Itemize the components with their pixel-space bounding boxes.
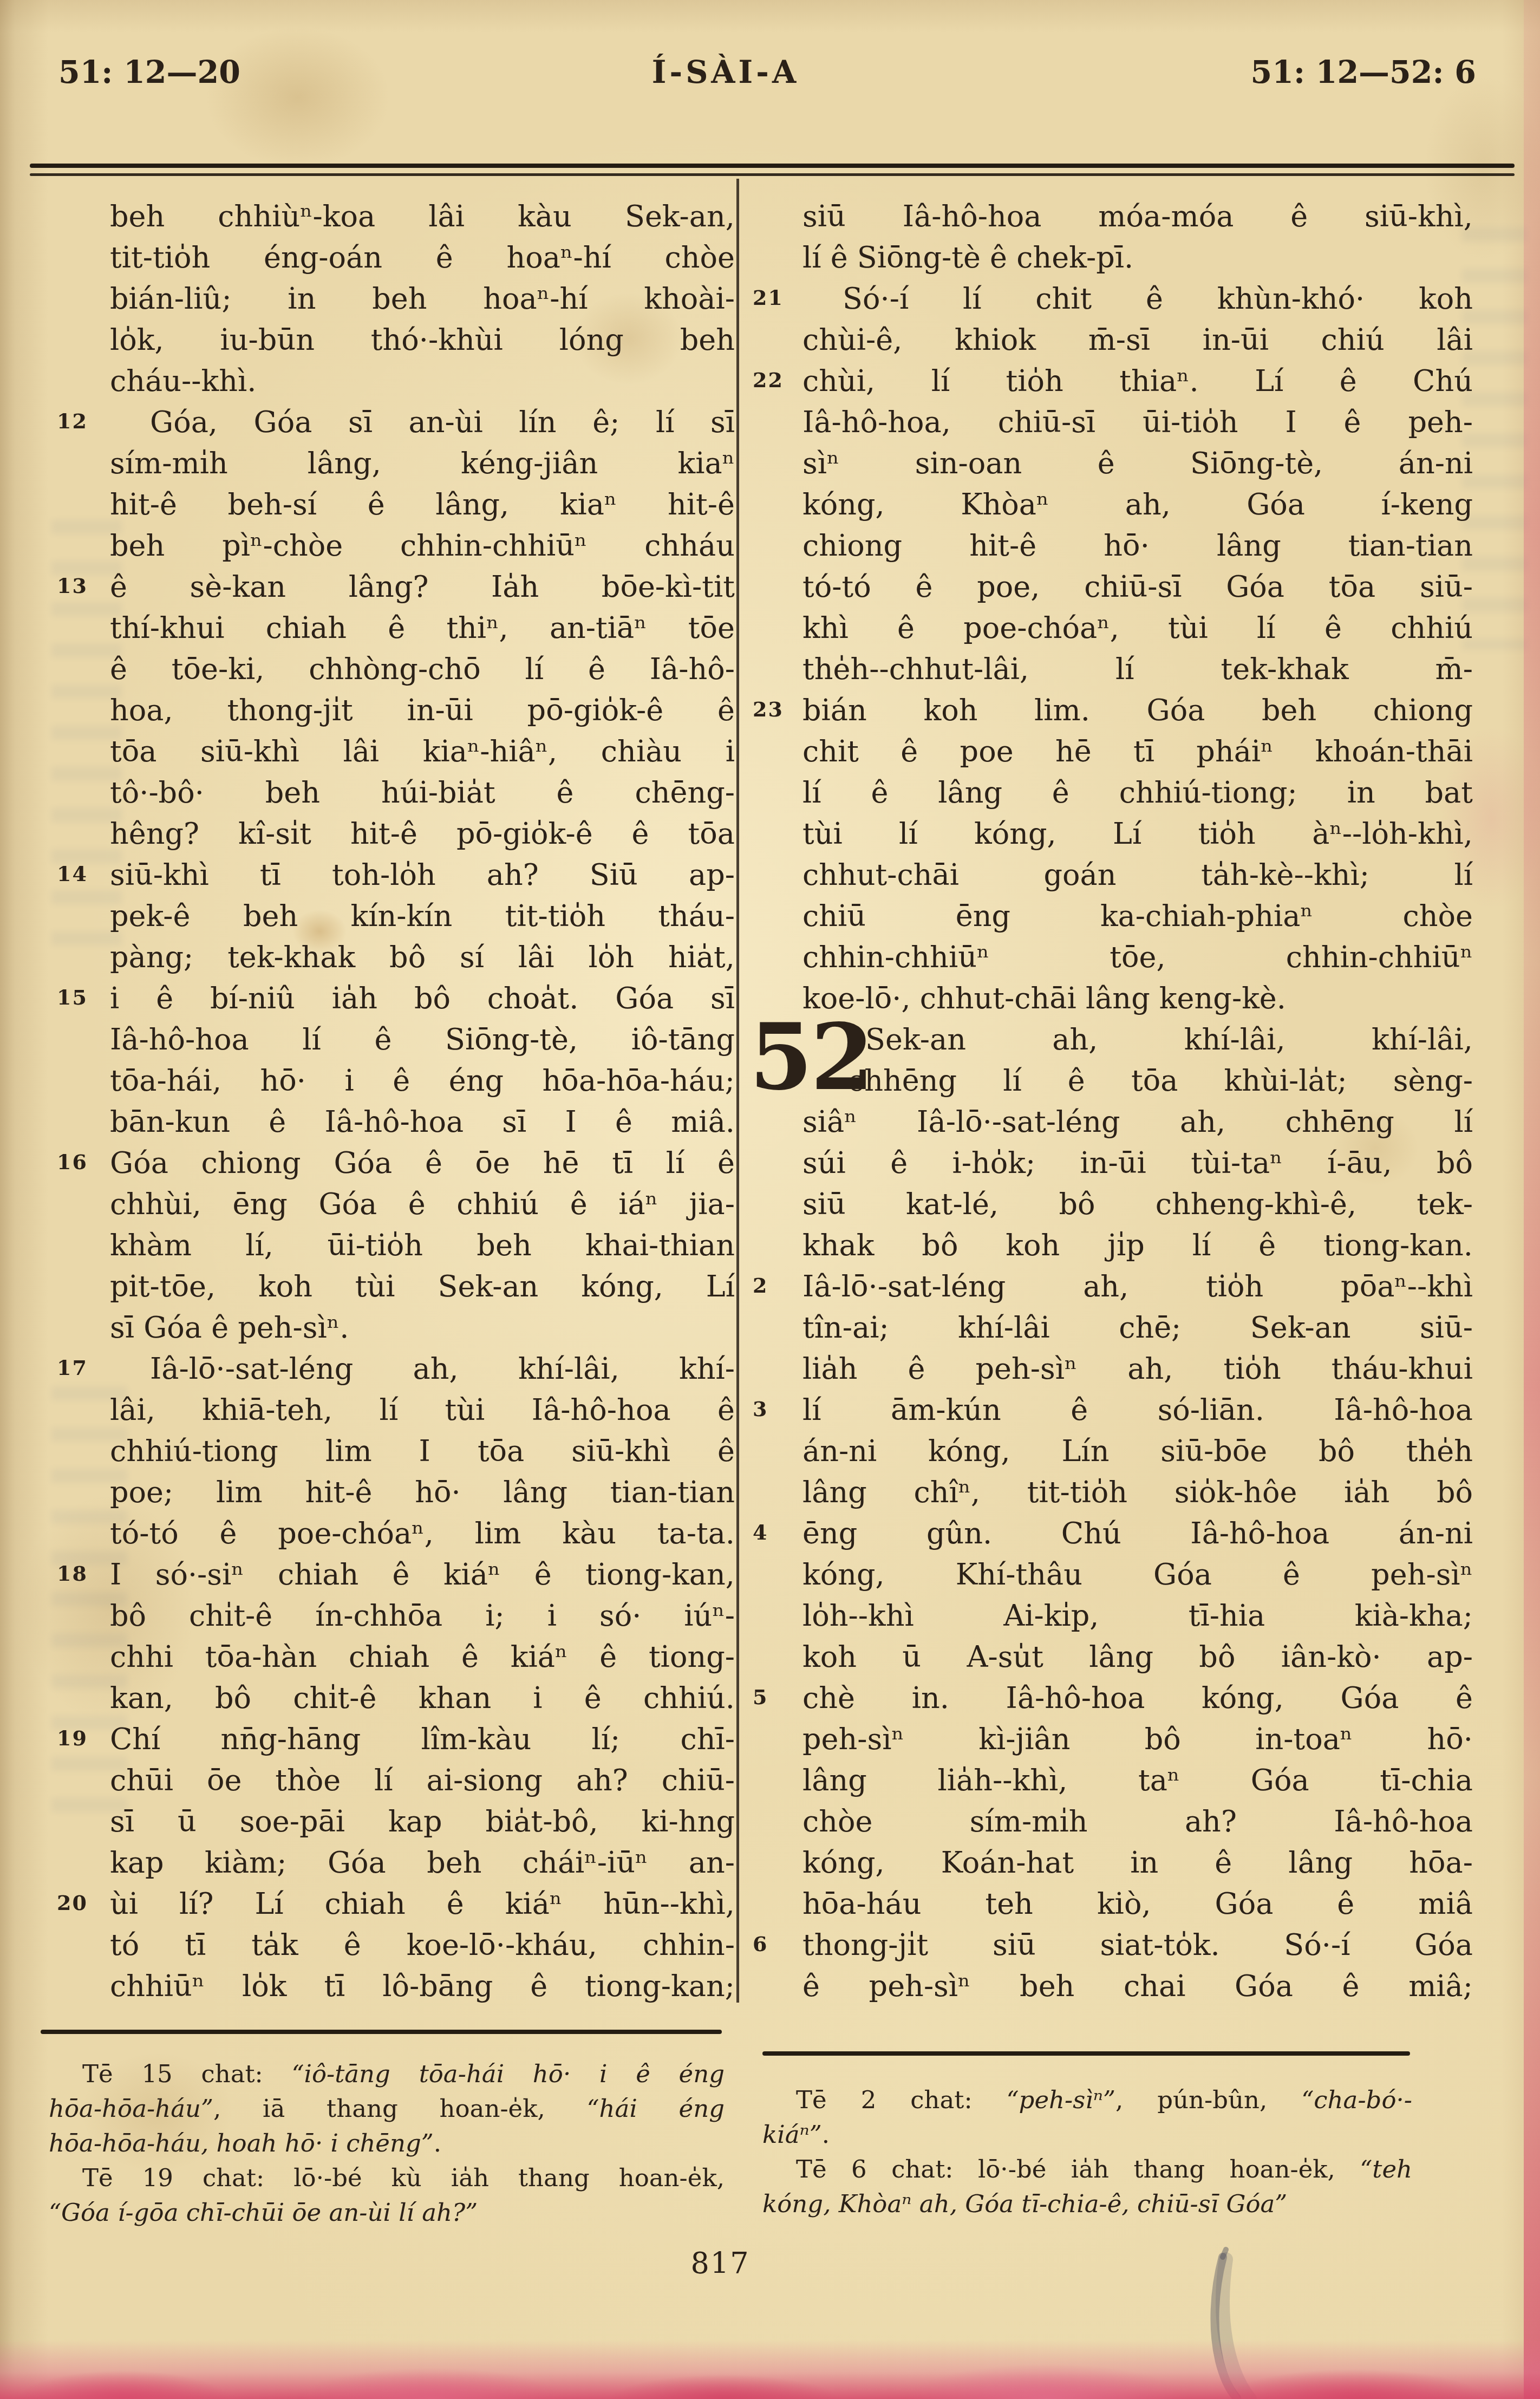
verse-text-line: Iâ-hô-hoa, chiū-sī ūi-tio̍h I ê peh- [802, 402, 1473, 443]
verse-number [753, 1348, 802, 1390]
verse-text-line: pit-tōe, koh tùi Sek-an kóng, Lí [110, 1266, 735, 1307]
verse-number [753, 813, 802, 855]
verse-number [753, 731, 802, 772]
verse-line-row: 2Iâ-lō·-sat-léng ah, tio̍h pōaⁿ--khì [753, 1266, 1473, 1307]
verse-number [753, 320, 802, 361]
footnote-quoted-text: “iô-tāng tōa-hái hō· i ê éng [292, 2059, 725, 2088]
verse-text-line: chhiú-tiong lim I tōa siū-khì ê [110, 1431, 735, 1472]
verse-line-row: 15i ê bí-niû ia̍h bô choa̍t. Góa sī [57, 978, 735, 1019]
verse-text-line: tit-tio̍h éng-oán ê hoaⁿ-hí chòe [110, 237, 735, 278]
verse-text-line: koe-lō·, chhut-chāi lâng keng-kè. [802, 978, 1473, 1019]
verse-text-line: hoa, thong-ji̍t in-ūi pō-gio̍k-ê ê [110, 690, 735, 731]
verse-text-line: siâⁿ Iâ-lō·-sat-léng ah, chhēng lí [802, 1101, 1473, 1143]
page-number: 817 [666, 2246, 774, 2280]
footnote-label-text: Tē 2 chat: [796, 2085, 1007, 2114]
page-edge-dye-right [1524, 0, 1540, 2399]
running-head-book-title: Í-SÀI-A [563, 54, 888, 90]
footnote-quoted-text: “peh-sìⁿ” [1007, 2085, 1115, 2114]
verse-line-row: lo̍k, iu-būn thó·-khùi lóng beh [57, 320, 735, 361]
verse-text-line: chhiūⁿ lo̍k tī lô-bāng ê tiong-kan; [110, 1966, 735, 2007]
verse-text-line: tōa siū-khì lâi kiaⁿ-hiâⁿ, chiàu i [110, 731, 735, 772]
verse-number [753, 1966, 802, 2007]
verse-text-line: lí ām-kún ê só-liān. Iâ-hô-hoa [802, 1390, 1473, 1431]
verse-line-row: kóng, Khí-thâu Góa ê peh-sìⁿ [753, 1554, 1473, 1595]
verse-text-line: lia̍h ê peh-sìⁿ ah, tio̍h tháu-khui [802, 1348, 1473, 1390]
verse-text-line: tó-tó ê poe, chiū-sī Góa tōa siū- [802, 566, 1473, 608]
verse-line-row: 5chè in. Iâ-hô-hoa kóng, Góa ê [753, 1678, 1473, 1719]
verse-number: 16 [57, 1143, 110, 1184]
verse-number [57, 1019, 110, 1060]
verse-line-row: lí ê Siōng-tè ê chek-pī. [753, 237, 1473, 278]
verse-text-line: lo̍h--khì Ai-ki̍p, tī-hia kià-kha; [802, 1595, 1473, 1637]
footnote-label-text: Tē 19 chat: lō·-bé kù ia̍h thang hoan-e̍… [82, 2163, 725, 2192]
verse-line-row: ê tōe-ki, chhòng-chō lí ê Iâ-hô- [57, 649, 735, 690]
verse-line-row: 14siū-khì tī toh-lo̍h ah? Siū ap- [57, 855, 735, 896]
verse-text-line: Só·-í lí chit ê khùn-khó· koh [802, 278, 1473, 320]
verse-line-row: 16Góa chiong Góa ê ōe hē tī lí ê [57, 1143, 735, 1184]
verse-text-line: lo̍k, iu-būn thó·-khùi lóng beh [110, 320, 735, 361]
verse-text-line: án-ni kóng, Lín siū-bōe bô the̍h [802, 1431, 1473, 1472]
verse-line-row: beh chhiùⁿ-koa lâi kàu Sek-an, [57, 196, 735, 237]
footnote-label-text: . [434, 2129, 441, 2157]
verse-text-line: ê sè-kan lâng? Ia̍h bōe-kì-tit [110, 566, 735, 608]
verse-text-line: hōa-háu teh kiò, Góa ê miâ [802, 1883, 1473, 1925]
verse-number: 18 [57, 1554, 110, 1595]
verse-number [753, 1554, 802, 1595]
verse-text-line: bô chi̍t-ê ín-chhōa i; i só· iúⁿ- [110, 1595, 735, 1637]
verse-text-line: Iâ-lō·-sat-léng ah, tio̍h pōaⁿ--khì [802, 1266, 1473, 1307]
verse-line-row: siū Iâ-hô-hoa móa-móa ê siū-khì, [753, 196, 1473, 237]
verse-number [57, 1184, 110, 1225]
verse-number [57, 320, 110, 361]
verse-text-line: Iâ-hô-hoa lí ê Siōng-tè, iô-tāng [110, 1019, 735, 1060]
verse-text-line: thong-ji̍t siū siat-to̍k. Só·-í Góa [802, 1925, 1473, 1966]
footnote-line: hōa-hōa-háu, hoah hō· i chēng”. [49, 2126, 725, 2161]
footnote-line: Tē 2 chat: “peh-sìⁿ”, pún-bûn, “cha-bó·- [762, 2083, 1412, 2117]
verse-number [753, 525, 802, 566]
verse-text-line: ēng gûn. Chú Iâ-hô-hoa án-ni [802, 1513, 1473, 1554]
verse-text-line: tó tī ta̍k ê koe-lō·-kháu, chhin- [110, 1925, 735, 1966]
verse-line-row: chhiūⁿ lo̍k tī lô-bāng ê tiong-kan; [57, 1966, 735, 2007]
verse-number [57, 1431, 110, 1472]
verse-line-row: chhiú-tiong lim I tōa siū-khì ê [57, 1431, 735, 1472]
verse-line-row: 20ùi lí? Lí chiah ê kiáⁿ hūn--khì, [57, 1883, 735, 1925]
verse-text-line: siū-khì tī toh-lo̍h ah? Siū ap- [110, 855, 735, 896]
verse-line-row: 19Chí nn̄g-hāng lîm-kàu lí; chī- [57, 1719, 735, 1760]
verse-number: 19 [57, 1719, 110, 1760]
verse-number [753, 1637, 802, 1678]
verse-line-row: lâng lia̍h--khì, taⁿ Góa tī-chia [753, 1760, 1473, 1801]
footnote-line: Tē 15 chat: “iô-tāng tōa-hái hō· i ê éng [49, 2057, 725, 2091]
verse-number [57, 1925, 110, 1966]
verse-text-line: the̍h--chhut-lâi, lí tek-khak m̄- [802, 649, 1473, 690]
verse-number [753, 1431, 802, 1472]
verse-text-line: pàng; tek-khak bô sí lâi lo̍h hia̍t, [110, 937, 735, 978]
footnote-label-text: . [822, 2120, 830, 2149]
verse-line-row: tô·-bô· beh húi-bia̍t ê chēng- [57, 772, 735, 813]
verse-line-row: chit ê poe hē tī pháiⁿ khoán-thāi [753, 731, 1473, 772]
verse-text-line: chhēng lí ê tōa khùi-la̍t; sèng- [848, 1060, 1473, 1101]
verse-text-line: chiū ēng ka-chiah-phiaⁿ chòe [802, 896, 1473, 937]
running-head: 51: 12—20 Í-SÀI-A 51: 12—52: 6 [0, 54, 1540, 103]
verse-text-line: kóng, Khòaⁿ ah, Góa í-keng [802, 484, 1473, 525]
verse-line-row: 12Góa, Góa sī an-ùi lín ê; lí sī [57, 402, 735, 443]
verse-number: 23 [753, 690, 802, 731]
verse-text-line: chhin-chhiūⁿ tōe, chhin-chhiūⁿ [802, 937, 1473, 978]
verse-text-line: siū Iâ-hô-hoa móa-móa ê siū-khì, [802, 196, 1473, 237]
verse-line-row: 3lí ām-kún ê só-liān. Iâ-hô-hoa [753, 1390, 1473, 1431]
verse-text-line: beh chhiùⁿ-koa lâi kàu Sek-an, [110, 196, 735, 237]
footnote-quoted-text: “cha-bó·- [1301, 2085, 1412, 2114]
verse-number [753, 896, 802, 937]
verse-line-row: tōa-hái, hō· i ê éng hōa-hōa-háu; [57, 1060, 735, 1101]
verse-number [57, 896, 110, 937]
verse-line-row: kóng, Koán-hat in ê lâng hōa- [753, 1842, 1473, 1883]
verse-text-line: sī Góa ê peh-sìⁿ. [110, 1307, 735, 1348]
verse-text-line: i ê bí-niû ia̍h bô choa̍t. Góa sī [110, 978, 735, 1019]
verse-text-line: lâng lia̍h--khì, taⁿ Góa tī-chia [802, 1760, 1473, 1801]
verse-line-row: 18I só·-siⁿ chiah ê kiáⁿ ê tiong-kan, [57, 1554, 735, 1595]
verse-number [57, 1513, 110, 1554]
column-divider-rule [736, 179, 739, 2003]
verse-text-line: bián-liû; in beh hoaⁿ-hí khoài- [110, 278, 735, 320]
verse-line-row: hit-ê beh-sí ê lâng, kiaⁿ hit-ê [57, 484, 735, 525]
verse-text-line: I só·-siⁿ chiah ê kiáⁿ ê tiong-kan, [110, 1554, 735, 1595]
verse-line-row: ê peh-sìⁿ beh chai Góa ê miâ; [753, 1966, 1473, 2007]
verse-number [753, 1801, 802, 1842]
verse-line-row: lâng chîⁿ, tit-tio̍h sio̍k-hôe ia̍h bô [753, 1472, 1473, 1513]
verse-number: 3 [753, 1390, 802, 1431]
page-edge-dye-bottom [0, 2339, 1540, 2399]
verse-number [753, 855, 802, 896]
verse-number [57, 361, 110, 402]
verse-number [57, 1966, 110, 2007]
verse-line-row: tó tī ta̍k ê koe-lō·-kháu, chhin- [57, 1925, 735, 1966]
verse-line-row: 13ê sè-kan lâng? Ia̍h bōe-kì-tit [57, 566, 735, 608]
verse-line-row: sìⁿ sin-oan ê Siōng-tè, án-ni [753, 443, 1473, 484]
footnote-quoted-text: kiáⁿ” [762, 2120, 822, 2149]
footnote-line: Tē 19 chat: lō·-bé kù ia̍h thang hoan-e̍… [49, 2161, 725, 2195]
verse-line-row: chhùi, ēng Góa ê chhiú ê iáⁿ jia- [57, 1184, 735, 1225]
footnote-quoted-text: hōa-hōa-háu, hoah hō· i chēng” [49, 2129, 434, 2157]
verse-number [753, 196, 802, 237]
verse-line-row: lo̍h--khì Ai-ki̍p, tī-hia kià-kha; [753, 1595, 1473, 1637]
verse-text-line: beh pìⁿ-chòe chhin-chhiūⁿ chháu [110, 525, 735, 566]
verse-text-line: koh ū A-su̍t lâng bô iân-kò· ap- [802, 1637, 1473, 1678]
verse-line-row: Iâ-hô-hoa, chiū-sī ūi-tio̍h I ê peh- [753, 402, 1473, 443]
verse-number [57, 1801, 110, 1842]
verse-line-row: khàm lí, ūi-tio̍h beh khai-thian [57, 1225, 735, 1266]
verse-text-line: kóng, Koán-hat in ê lâng hōa- [802, 1842, 1473, 1883]
verse-line-row: 4ēng gûn. Chú Iâ-hô-hoa án-ni [753, 1513, 1473, 1554]
verse-text-line: pek-ê beh kín-kín tit-tio̍h tháu- [110, 896, 735, 937]
verse-line-row: chūi ōe thòe lí ai-siong ah? chiū- [57, 1760, 735, 1801]
verse-text-line: hit-ê beh-sí ê lâng, kiaⁿ hit-ê [110, 484, 735, 525]
verse-line-row: chhut-chāi goán ta̍h-kè--khì; lí [753, 855, 1473, 896]
verse-number [753, 649, 802, 690]
verse-number [753, 937, 802, 978]
verse-number [753, 1760, 802, 1801]
verse-number [57, 443, 110, 484]
verse-number [753, 566, 802, 608]
verse-text-line: chiong hit-ê hō· lâng tian-tian [802, 525, 1473, 566]
verse-text-line: hêng? kî-si̍t hit-ê pō-gio̍k-ê ê tōa [110, 813, 735, 855]
verse-line-row: chòe sím-mi̍h ah? Iâ-hô-hoa [753, 1801, 1473, 1842]
verse-number [753, 1143, 802, 1184]
verse-text-line: Sek-an ah, khí-lâi, khí-lâi, [850, 1019, 1473, 1060]
verse-number [57, 1472, 110, 1513]
verse-text-line: khàm lí, ūi-tio̍h beh khai-thian [110, 1225, 735, 1266]
verse-number [753, 1184, 802, 1225]
verse-text-line: sím-mi̍h lâng, kéng-jiân kiaⁿ [110, 443, 735, 484]
verse-number [57, 731, 110, 772]
verse-number: 2 [753, 1266, 802, 1307]
verse-text-line: lí ê lâng ê chhiú-tiong; in bat [802, 772, 1473, 813]
verse-number [57, 937, 110, 978]
verse-number [57, 813, 110, 855]
verse-text-line: Iâ-lō·-sat-léng ah, khí-lâi, khí- [110, 1348, 735, 1390]
verse-line-row: beh pìⁿ-chòe chhin-chhiūⁿ chháu [57, 525, 735, 566]
verse-text-line: chhut-chāi goán ta̍h-kè--khì; lí [802, 855, 1473, 896]
verse-text-line: sìⁿ sin-oan ê Siōng-tè, án-ni [802, 443, 1473, 484]
verse-number [57, 237, 110, 278]
verse-line-row: pek-ê beh kín-kín tit-tio̍h tháu- [57, 896, 735, 937]
verse-line-row: 6thong-ji̍t siū siat-to̍k. Só·-í Góa [753, 1925, 1473, 1966]
verse-line-row: peh-sìⁿ kì-jiân bô in-toaⁿ hō· [753, 1719, 1473, 1760]
verse-number: 5 [753, 1678, 802, 1719]
verse-line-row: bô chi̍t-ê ín-chhōa i; i só· iúⁿ- [57, 1595, 735, 1637]
verse-number [753, 1307, 802, 1348]
verse-number [753, 1595, 802, 1637]
footnote-line: Tē 6 chat: lō·-bé ia̍h thang hoan-e̍k, “… [762, 2152, 1412, 2187]
verse-text-line: chhi tōa-hàn chiah ê kiáⁿ ê tiong- [110, 1637, 735, 1678]
verse-text-line: kóng, Khí-thâu Góa ê peh-sìⁿ [802, 1554, 1473, 1595]
verse-line-row: hêng? kî-si̍t hit-ê pō-gio̍k-ê ê tōa [57, 813, 735, 855]
verse-text-line: tô·-bô· beh húi-bia̍t ê chēng- [110, 772, 735, 813]
verse-text-line: chùi-ê, khiok m̄-sī in-ūi chiú lâi [802, 320, 1473, 361]
verse-line-row: tîn-ai; khí-lâi chē; Sek-an siū- [753, 1307, 1473, 1348]
verse-number [753, 402, 802, 443]
verse-text-line: ùi lí? Lí chiah ê kiáⁿ hūn--khì, [110, 1883, 735, 1925]
verse-line-row: poe; lim hit-ê hō· lâng tian-tian [57, 1472, 735, 1513]
footnote-label-text: Tē 6 chat: lō·-bé ia̍h thang hoan-e̍k, [796, 2155, 1360, 2183]
verse-line-row: tit-tio̍h éng-oán ê hoaⁿ-hí chòe [57, 237, 735, 278]
verse-number: 4 [753, 1513, 802, 1554]
verse-line-row: cháu--khì. [57, 361, 735, 402]
verse-line-row: sī Góa ê peh-sìⁿ. [57, 1307, 735, 1348]
verse-text-line: ê peh-sìⁿ beh chai Góa ê miâ; [802, 1966, 1473, 2007]
footnote-quoted-text: kóng, Khòaⁿ ah, Góa tī-chia-ê, chiū-sī G… [762, 2189, 1287, 2218]
verse-text-line: tùi lí kóng, Lí tio̍h àⁿ--lo̍h-khì, [802, 813, 1473, 855]
verse-line-row: koh ū A-su̍t lâng bô iân-kò· ap- [753, 1637, 1473, 1678]
verse-line-row: tōa siū-khì lâi kiaⁿ-hiâⁿ, chiàu i [57, 731, 735, 772]
verse-number: 21 [753, 278, 802, 320]
verse-text-line: bān-kun ê Iâ-hô-hoa sī I ê miâ. [110, 1101, 735, 1143]
verse-number [57, 278, 110, 320]
verse-text-line: chūi ōe thòe lí ai-siong ah? chiū- [110, 1760, 735, 1801]
verse-number [57, 1307, 110, 1348]
verse-number: 15 [57, 978, 110, 1019]
verse-text-line: kap kiàm; Góa beh cháiⁿ-iūⁿ an- [110, 1842, 735, 1883]
footnotes-left: Tē 15 chat: “iô-tāng tōa-hái hō· i ê éng… [49, 2057, 725, 2230]
verse-number [57, 1595, 110, 1637]
verse-line-row: chùi-ê, khiok m̄-sī in-ūi chiú lâi [753, 320, 1473, 361]
verse-number [753, 484, 802, 525]
header-double-rule [30, 164, 1515, 178]
verse-text-line: cháu--khì. [110, 361, 735, 402]
verse-number [753, 772, 802, 813]
verse-number [57, 1842, 110, 1883]
verse-line-row: bān-kun ê Iâ-hô-hoa sī I ê miâ. [57, 1101, 735, 1143]
verse-line-row: kóng, Khòaⁿ ah, Góa í-keng [753, 484, 1473, 525]
verse-line-row: chiong hit-ê hō· lâng tian-tian [753, 525, 1473, 566]
footnote-label-text: , iā thang hoan-e̍k, [213, 2094, 587, 2123]
verse-line-row: sím-mi̍h lâng, kéng-jiân kiaⁿ [57, 443, 735, 484]
text-column-left: beh chhiùⁿ-koa lâi kàu Sek-an,tit-tio̍h … [57, 196, 735, 2007]
text-column-right: 52 siū Iâ-hô-hoa móa-móa ê siū-khì,lí ê … [753, 196, 1473, 2007]
verse-number [753, 1225, 802, 1266]
footnotes-right: Tē 2 chat: “peh-sìⁿ”, pún-bûn, “cha-bó·-… [762, 2083, 1412, 2221]
verse-number [57, 1101, 110, 1143]
verse-line-row: 17Iâ-lō·-sat-léng ah, khí-lâi, khí- [57, 1348, 735, 1390]
verse-number [753, 443, 802, 484]
footnote-rule-left [41, 2030, 722, 2034]
verse-text-line: sī ū soe-pāi kap bia̍t-bô, ki-hng [110, 1801, 735, 1842]
footnote-quoted-text: “teh [1360, 2155, 1412, 2183]
footnote-line: kiáⁿ”. [762, 2117, 1412, 2152]
verse-text-line: khak bô koh ji̍p lí ê tiong-kan. [802, 1225, 1473, 1266]
verse-line-row: Iâ-hô-hoa lí ê Siōng-tè, iô-tāng [57, 1019, 735, 1060]
verse-text-line: kan, bô chi̍t-ê khan i ê chhiú. [110, 1678, 735, 1719]
verse-text-line: lâng chîⁿ, tit-tio̍h sio̍k-hôe ia̍h bô [802, 1472, 1473, 1513]
footnote-label-text: Tē 15 chat: [82, 2059, 292, 2088]
verse-line-row: thí-khui chiah ê thiⁿ, an-tiāⁿ tōe [57, 608, 735, 649]
verse-text-line: chùi, lí tio̍h thiaⁿ. Lí ê Chú [802, 361, 1473, 402]
verse-text-line: súi ê i-ho̍k; in-ūi tùi-taⁿ í-āu, bô [802, 1143, 1473, 1184]
verse-text-line: lâi, khiā-teh, lí tùi Iâ-hô-hoa ê [110, 1390, 735, 1431]
verse-line-row: kan, bô chi̍t-ê khan i ê chhiú. [57, 1678, 735, 1719]
verse-number [57, 1060, 110, 1101]
verse-line-row: tùi lí kóng, Lí tio̍h àⁿ--lo̍h-khì, [753, 813, 1473, 855]
verse-text-line: bián koh lim. Góa beh chiong [802, 690, 1473, 731]
verse-line-row: hoa, thong-ji̍t in-ūi pō-gio̍k-ê ê [57, 690, 735, 731]
verse-line-row: 21Só·-í lí chit ê khùn-khó· koh [753, 278, 1473, 320]
verse-number: 20 [57, 1883, 110, 1925]
verse-line-row: khak bô koh ji̍p lí ê tiong-kan. [753, 1225, 1473, 1266]
verse-number [753, 1472, 802, 1513]
verse-number [57, 1390, 110, 1431]
verse-line-row: án-ni kóng, Lín siū-bōe bô the̍h [753, 1431, 1473, 1472]
verse-text-line: Chí nn̄g-hāng lîm-kàu lí; chī- [110, 1719, 735, 1760]
verse-text-line: tōa-hái, hō· i ê éng hōa-hōa-háu; [110, 1060, 735, 1101]
verse-number [57, 1678, 110, 1719]
verse-line-row: lí ê lâng ê chhiú-tiong; in bat [753, 772, 1473, 813]
verse-number [57, 1225, 110, 1266]
verse-text-line: Góa chiong Góa ê ōe hē tī lí ê [110, 1143, 735, 1184]
footnote-quoted-text: “hái éng [587, 2094, 725, 2123]
verse-text-line: chit ê poe hē tī pháiⁿ khoán-thāi [802, 731, 1473, 772]
footnote-line: “Góa í-gōa chī-chūi ōe an-ùi lí ah?” [49, 2195, 725, 2230]
verse-text-line: tîn-ai; khí-lâi chē; Sek-an siū- [802, 1307, 1473, 1348]
chapter-number-52: 52 [749, 1012, 872, 1103]
verse-text-line: ê tōe-ki, chhòng-chō lí ê Iâ-hô- [110, 649, 735, 690]
verse-line-row: bián-liû; in beh hoaⁿ-hí khoài- [57, 278, 735, 320]
verse-line-row: 22chùi, lí tio̍h thiaⁿ. Lí ê Chú [753, 361, 1473, 402]
verse-text-line: thí-khui chiah ê thiⁿ, an-tiāⁿ tōe [110, 608, 735, 649]
verse-number [57, 484, 110, 525]
verse-number [57, 525, 110, 566]
verse-text-line: lí ê Siōng-tè ê chek-pī. [802, 237, 1473, 278]
verse-line-row: súi ê i-ho̍k; in-ūi tùi-taⁿ í-āu, bô [753, 1143, 1473, 1184]
verse-text-line: tó-tó ê poe-chóaⁿ, lim kàu ta-ta. [110, 1513, 735, 1554]
verse-line-row: sī ū soe-pāi kap bia̍t-bô, ki-hng [57, 1801, 735, 1842]
verse-line-row: kap kiàm; Góa beh cháiⁿ-iūⁿ an- [57, 1842, 735, 1883]
footnote-quoted-text: hōa-hōa-háu” [49, 2094, 213, 2123]
footnote-quoted-text: “Góa í-gōa chī-chūi ōe an-ùi lí ah?” [49, 2198, 478, 2227]
verse-text-line: poe; lim hit-ê hō· lâng tian-tian [110, 1472, 735, 1513]
verse-number [753, 1883, 802, 1925]
verse-number: 6 [753, 1925, 802, 1966]
verse-number [57, 1637, 110, 1678]
verse-number [57, 1266, 110, 1307]
verse-line-row: siū kat-lé, bô chheng-khì-ê, tek- [753, 1184, 1473, 1225]
verse-line-row: pit-tōe, koh tùi Sek-an kóng, Lí [57, 1266, 735, 1307]
verse-number: 14 [57, 855, 110, 896]
verse-line-row: lâi, khiā-teh, lí tùi Iâ-hô-hoa ê [57, 1390, 735, 1431]
verse-number: 13 [57, 566, 110, 608]
verse-line-row: the̍h--chhut-lâi, lí tek-khak m̄- [753, 649, 1473, 690]
verse-text-line: peh-sìⁿ kì-jiân bô in-toaⁿ hō· [802, 1719, 1473, 1760]
footnote-line: hōa-hōa-háu”, iā thang hoan-e̍k, “hái én… [49, 2091, 725, 2126]
verse-number [57, 608, 110, 649]
running-head-verse-range-right: 51: 12—52: 6 [1251, 54, 1476, 90]
verse-line-row: chiū ēng ka-chiah-phiaⁿ chòe [753, 896, 1473, 937]
verse-line-row: pàng; tek-khak bô sí lâi lo̍h hia̍t, [57, 937, 735, 978]
footnote-label-text: , pún-bûn, [1115, 2085, 1301, 2114]
verse-number [753, 608, 802, 649]
verse-number: 17 [57, 1348, 110, 1390]
verse-text-line: siū kat-lé, bô chheng-khì-ê, tek- [802, 1184, 1473, 1225]
verse-line-row: 23bián koh lim. Góa beh chiong [753, 690, 1473, 731]
footnote-rule-right [762, 2051, 1410, 2056]
verse-line-row: hōa-háu teh kiò, Góa ê miâ [753, 1883, 1473, 1925]
verse-number [57, 690, 110, 731]
verse-line-row: tó-tó ê poe-chóaⁿ, lim kàu ta-ta. [57, 1513, 735, 1554]
footnote-line: kóng, Khòaⁿ ah, Góa tī-chia-ê, chiū-sī G… [762, 2187, 1412, 2221]
verse-text-line: Góa, Góa sī an-ùi lín ê; lí sī [110, 402, 735, 443]
running-head-verse-range-left: 51: 12—20 [58, 54, 240, 90]
verse-number [753, 1719, 802, 1760]
verse-number: 12 [57, 402, 110, 443]
verse-number [753, 237, 802, 278]
verse-line-row: tó-tó ê poe, chiū-sī Góa tōa siū- [753, 566, 1473, 608]
verse-line-row: chhin-chhiūⁿ tōe, chhin-chhiūⁿ [753, 937, 1473, 978]
verse-text-line: chhùi, ēng Góa ê chhiú ê iáⁿ jia- [110, 1184, 735, 1225]
verse-line-row: lia̍h ê peh-sìⁿ ah, tio̍h tháu-khui [753, 1348, 1473, 1390]
verse-number: 22 [753, 361, 802, 402]
verse-number [753, 1842, 802, 1883]
verse-number [57, 1760, 110, 1801]
verse-text-line: chè in. Iâ-hô-hoa kóng, Góa ê [802, 1678, 1473, 1719]
verse-number [57, 196, 110, 237]
verse-text-line: chòe sím-mi̍h ah? Iâ-hô-hoa [802, 1801, 1473, 1842]
verse-line-row: chhi tōa-hàn chiah ê kiáⁿ ê tiong- [57, 1637, 735, 1678]
verse-number [57, 772, 110, 813]
verse-line-row: khì ê poe-chóaⁿ, tùi lí ê chhiú [753, 608, 1473, 649]
verse-number [57, 649, 110, 690]
verse-text-line: khì ê poe-chóaⁿ, tùi lí ê chhiú [802, 608, 1473, 649]
